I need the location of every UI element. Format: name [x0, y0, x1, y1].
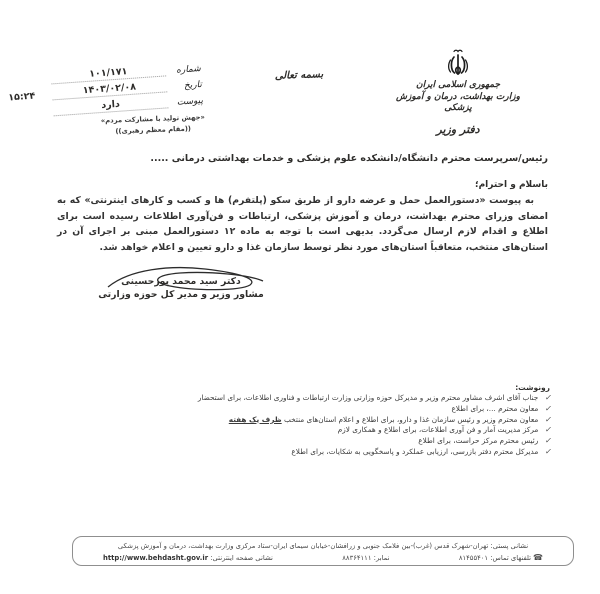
cc-item-text: رئیس محترم مرکز حراست، برای اطلاع — [60, 437, 538, 445]
cc-list: ✓ جناب آقای اشرف مشاور محترم وزیر و مدیر… — [60, 394, 552, 459]
phone-field: ☎تلفنهای تماس: ۸۱۴۵۵۴۰۱ — [459, 552, 543, 564]
letter-body-paragraph: به پیوست «دستورالعمل حمل و عرضه دارو از … — [57, 193, 548, 255]
iran-emblem-icon — [445, 48, 471, 78]
cc-item-text-main: معاون محترم ...، برای اطلاع — [451, 404, 538, 413]
cc-item-text: مرکز مدیریت آمار و فن آوری اطلاعات، برای… — [60, 426, 538, 434]
org-office-name: دفتر وزیر — [396, 123, 520, 136]
cc-item-text: معاون محترم ...، برای اطلاع — [60, 405, 538, 413]
cc-item-text-main: رئیس محترم مرکز حراست، برای اطلاع — [418, 436, 538, 445]
signer-title: مشاور وزیر و مدیر کل حوزه وزارتی — [86, 288, 276, 301]
cc-item: ✓ مرکز مدیریت آمار و فن آوری اطلاعات، بر… — [60, 426, 552, 434]
phone-label: تلفنهای تماس: — [490, 554, 531, 562]
cc-item-text-main: معاون محترم وزیر و رئیس سازمان غذا و دار… — [282, 415, 539, 424]
scanned-official-letter: شماره ۱۰۱/۱۷۱ تاریخ ۱۴۰۳/۰۲/۰۸ پیوست دار… — [0, 0, 600, 594]
attachment-label: پیوست — [171, 96, 204, 108]
fax-label: نمابر: — [374, 554, 390, 562]
cc-label: رونوشت: — [515, 383, 550, 392]
cc-item-text: مدیرکل محترم دفتر بازرسی، ارزیابی عملکرد… — [60, 448, 538, 456]
letterhead-org-block: جمهوری اسلامی ایران وزارت بهداشت، درمان … — [396, 48, 520, 136]
year-slogan: «جهش تولید با مشارکت مردم» ((مقام معظم ر… — [74, 111, 233, 139]
fax-value: ۸۸۳۶۴۱۱۱ — [342, 554, 371, 562]
org-country-name: جمهوری اسلامی ایران — [396, 80, 520, 91]
cc-item: ✓ رئیس محترم مرکز حراست، برای اطلاع — [60, 437, 552, 445]
signature-block: دکتر سید محمد پورحسینی مشاور وزیر و مدیر… — [86, 275, 276, 301]
time-value: ۱۵:۲۴ — [8, 91, 36, 104]
cc-item-text-emphasis: ظرف یک هفته — [229, 415, 282, 424]
cc-item: ✓ جناب آقای اشرف مشاور محترم وزیر و مدیر… — [60, 394, 552, 402]
checkmark-icon: ✓ — [544, 405, 552, 413]
salutation-line: باسلام و احترام؛ — [475, 180, 548, 190]
checkmark-icon: ✓ — [544, 448, 552, 456]
postal-address-line: نشانی پستی: تهران-شهرک قدس (غرب)-بین فلا… — [87, 541, 559, 552]
checkmark-icon: ✓ — [544, 437, 552, 445]
recipient-line: رئیس/سرپرست محترم دانشگاه/دانشکده علوم پ… — [55, 153, 548, 164]
cc-item-text: معاون محترم وزیر و رئیس سازمان غذا و دار… — [60, 416, 538, 424]
cc-item: ✓ معاون محترم ...، برای اطلاع — [60, 405, 552, 413]
website-label: نشانی صفحه اینترنتی: — [210, 554, 273, 562]
footer-contact-row: ☎تلفنهای تماس: ۸۱۴۵۵۴۰۱ نمابر: ۸۸۳۶۴۱۱۱ … — [87, 552, 559, 564]
bismillah-text: بسمه تعالی — [244, 68, 354, 83]
footer-contact-box: نشانی پستی: تهران-شهرک قدس (غرب)-بین فلا… — [72, 536, 574, 566]
website-field: نشانی صفحه اینترنتی: http://www.behdasht… — [103, 552, 273, 564]
cc-item: ✓ معاون محترم وزیر و رئیس سازمان غذا و د… — [60, 416, 552, 424]
phone-value: ۸۱۴۵۵۴۰۱ — [459, 554, 488, 562]
website-url: http://www.behdasht.gov.ir — [103, 554, 208, 562]
cc-item: ✓ مدیرکل محترم دفتر بازرسی، ارزیابی عملک… — [60, 448, 552, 456]
fax-field: نمابر: ۸۸۳۶۴۱۱۱ — [342, 552, 389, 564]
cc-item-text-main: مرکز مدیریت آمار و فن آوری اطلاعات، برای… — [338, 425, 539, 434]
org-ministry-name: وزارت بهداشت، درمان و آموزش پزشکی — [396, 92, 520, 114]
cc-item-text-main: مدیرکل محترم دفتر بازرسی، ارزیابی عملکرد… — [291, 447, 538, 456]
checkmark-icon: ✓ — [544, 394, 552, 402]
checkmark-icon: ✓ — [544, 416, 552, 424]
signer-name: دکتر سید محمد پورحسینی — [86, 275, 276, 288]
checkmark-icon: ✓ — [544, 426, 552, 434]
reference-stamp-block: شماره ۱۰۱/۱۷۱ تاریخ ۱۴۰۳/۰۲/۰۸ پیوست دار… — [50, 58, 203, 116]
telephone-icon: ☎ — [533, 553, 543, 562]
cc-item-text-main: جناب آقای اشرف مشاور محترم وزیر و مدیرکل… — [198, 393, 538, 402]
cc-item-text: جناب آقای اشرف مشاور محترم وزیر و مدیرکل… — [60, 394, 538, 402]
